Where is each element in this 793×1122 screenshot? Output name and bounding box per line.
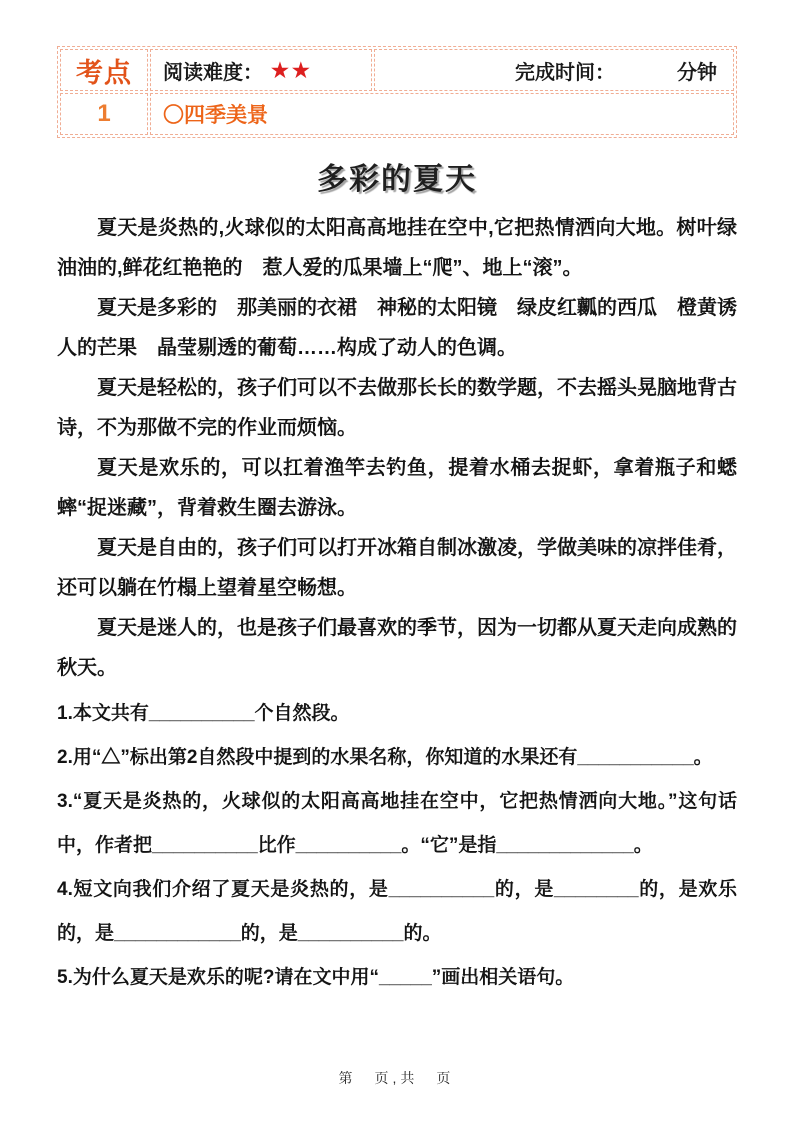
article-paragraph: 夏天是迷人的，也是孩子们最喜欢的季节，因为一切都从夏天走向成熟的秋天。 (57, 608, 737, 688)
page-content: 考点 阅读难度： ★★ 完成时间： 分钟 1 〇四季美景 多彩的夏天 夏天是炎热… (57, 46, 737, 1000)
worksheet-page: 考点 阅读难度： ★★ 完成时间： 分钟 1 〇四季美景 多彩的夏天 夏天是炎热… (0, 0, 793, 1122)
time-unit-label: 分钟 (677, 56, 717, 85)
question-item: 1.本文共有__________个自然段。 (57, 692, 737, 736)
time-label: 完成时间： (515, 56, 615, 85)
difficulty-stars: ★★ (271, 58, 313, 83)
exam-point-number: 1 (60, 93, 148, 135)
completion-time-cell: 完成时间： 分钟 (374, 49, 734, 91)
question-item: 4.短文向我们介绍了夏天是炎热的，是__________的，是________的… (57, 868, 737, 956)
worksheet-header-table: 考点 阅读难度： ★★ 完成时间： 分钟 1 〇四季美景 (57, 46, 737, 138)
topic-label: 〇四季美景 (150, 93, 734, 135)
question-item: 5.为什么夏天是欢乐的呢?请在文中用“_____”画出相关语句。 (57, 956, 737, 1000)
article-body: 夏天是炎热的,火球似的太阳高高地挂在空中,它把热情洒向大地。树叶绿油油的,鲜花红… (57, 208, 737, 688)
difficulty-label: 阅读难度： (163, 56, 263, 85)
difficulty-cell: 阅读难度： ★★ (150, 49, 372, 91)
question-list: 1.本文共有__________个自然段。 2.用“△”标出第2自然段中提到的水… (57, 692, 737, 1000)
question-item: 2.用“△”标出第2自然段中提到的水果名称，你知道的水果还有__________… (57, 736, 737, 780)
article-paragraph: 夏天是轻松的，孩子们可以不去做那长长的数学题，不去摇头晃脑地背古诗，不为那做不完… (57, 368, 737, 448)
question-item: 3.“夏天是炎热的，火球似的太阳高高地挂在空中，它把热情洒向大地。”这句话中，作… (57, 780, 737, 868)
page-footer: 第 页,共 页 (0, 1068, 793, 1088)
article-paragraph: 夏天是炎热的,火球似的太阳高高地挂在空中,它把热情洒向大地。树叶绿油油的,鲜花红… (57, 208, 737, 288)
article-paragraph: 夏天是自由的，孩子们可以打开冰箱自制冰激凌，学做美味的凉拌佳肴，还可以躺在竹榻上… (57, 528, 737, 608)
article-title: 多彩的夏天 (57, 154, 737, 198)
article-paragraph: 夏天是多彩的 那美丽的衣裙 神秘的太阳镜 绿皮红瓤的西瓜 橙黄诱人的芒果 晶莹剔… (57, 288, 737, 368)
article-paragraph: 夏天是欢乐的，可以扛着渔竿去钓鱼，提着水桶去捉虾，拿着瓶子和蟋蟀“捉迷藏”，背着… (57, 448, 737, 528)
exam-point-label: 考点 (60, 49, 148, 91)
